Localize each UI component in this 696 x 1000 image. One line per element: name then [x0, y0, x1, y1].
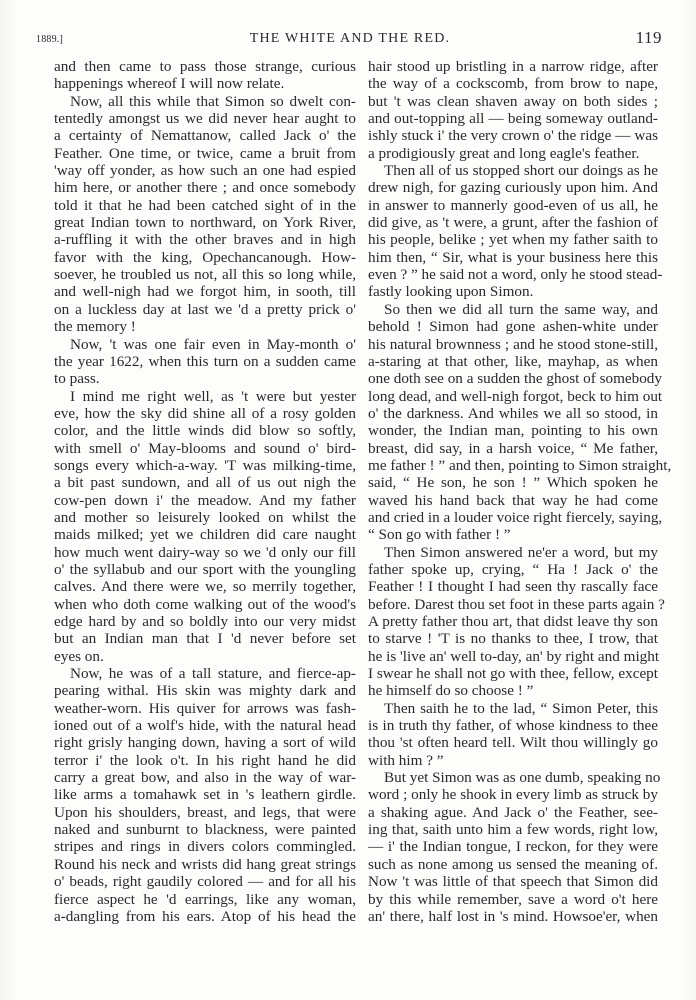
text-line: ing that, saith unto him a few words, ri… [368, 821, 658, 838]
running-head-title: THE WHITE AND THE RED. [30, 31, 670, 47]
text-line: Feather. One time, or twice, came a brui… [54, 145, 356, 162]
text-line: such as none among us sensed the meaning… [368, 856, 658, 873]
text-line: A pretty father thou art, that didst lea… [368, 613, 658, 630]
text-line: soever, he troubled us not, all this so … [54, 266, 356, 283]
text-line: but an Indian man that I 'd never before… [54, 630, 356, 647]
page-number: 119 [636, 28, 662, 48]
text-line: color, and the little winds did blow so … [54, 422, 356, 439]
text-line: did give, as 't were, a grunt, after the… [368, 214, 658, 231]
text-line: Now, he was of a tall stature, and fierc… [54, 665, 356, 682]
text-line: on a luckless day at last we 'd a pretty… [54, 301, 356, 318]
text-line: long dead, and well-nigh forgot, beck to… [368, 388, 658, 405]
text-line: Now 't was little of that speech that Si… [368, 873, 658, 890]
text-line: fastly looking upon Simon. [368, 283, 658, 300]
text-line: terror i' the look o't. In his right han… [54, 752, 356, 769]
text-line: stripes and rings in divers colors commi… [54, 838, 356, 855]
text-line: hair stood up bristling in a narrow ridg… [368, 58, 658, 75]
text-line: great Indian town to northward, on York … [54, 214, 356, 231]
running-head: 1889.] THE WHITE AND THE RED. 119 [30, 28, 670, 50]
text-line: his natural brownness ; and he stood sto… [368, 336, 658, 353]
text-line: word ; only he shook in every limb as st… [368, 786, 658, 803]
text-line: Then all of us stopped short our doings … [368, 162, 658, 179]
text-line: songs every which-a-way. 'T was milking-… [54, 457, 356, 474]
text-line: Feather ! I thought I had seen thy rasca… [368, 578, 658, 595]
text-line: in answer to mannerly good-even of us al… [368, 197, 658, 214]
text-line: how much went dairy-way so we 'd only ou… [54, 544, 356, 561]
text-line: o' beads, right gaudily colored — and fo… [54, 873, 356, 890]
text-line: a shaking ague. And Jack o' the Feather,… [368, 804, 658, 821]
text-line: Now, 't was one fair even in May-month o… [54, 336, 356, 353]
text-line: he is 'live an' well to-day, an' by righ… [368, 648, 658, 665]
text-line: ioned out of a wolf's hide, with the nat… [54, 717, 356, 734]
text-line: but 't was clean shaven away on both sid… [368, 93, 658, 110]
text-line: eve, how the sky did shine all of a rosy… [54, 405, 356, 422]
text-line: an' there, half lost in 's mind. Howsoe'… [368, 908, 658, 925]
text-line: naked and sunburnt to blackness, were pa… [54, 821, 356, 838]
text-line: one doth see on a sudden the ghost of so… [368, 370, 658, 387]
text-line: I swear he shall not go with thee, fello… [368, 665, 658, 682]
text-line: with him ? ” [368, 752, 658, 769]
right-text-column: hair stood up bristling in a narrow ridg… [368, 58, 658, 925]
text-line: o' the syllabub and our sport with the y… [54, 561, 356, 578]
text-line: by this while remember, save a word o't … [368, 891, 658, 908]
text-line: his people, belike ; yet when my father … [368, 231, 658, 248]
text-line: Round his neck and wrists did hang great… [54, 856, 356, 873]
text-line: weather-worn. His quiver for arrows was … [54, 700, 356, 717]
text-line: Then Simon answered ne'er a word, but my [368, 544, 658, 561]
text-line: a-ruffling it with the other braves and … [54, 231, 356, 248]
text-line: the way of a cockscomb, from brow to nap… [368, 75, 658, 92]
text-line: o' the darkness. And whiles we all so st… [368, 405, 658, 422]
text-line: a-staring at that other, like, mayhap, a… [368, 353, 658, 370]
text-line: Now, all this while that Simon so dwelt … [54, 93, 356, 110]
text-line: the memory ! [54, 318, 356, 335]
text-line: the year 1622, when this turn on a sudde… [54, 353, 356, 370]
text-line: Upon his shoulders, breast, and legs, th… [54, 804, 356, 821]
text-line: waved his hand back that way he had come [368, 492, 658, 509]
text-line: cow-pen down i' the meadow. And my fathe… [54, 492, 356, 509]
text-line: pearing withal. His skin was mighty dark… [54, 682, 356, 699]
text-line: him then, “ Sir, what is your business h… [368, 249, 658, 266]
text-line: said, “ He son, he son ! ” Which spoken … [368, 474, 658, 491]
text-line: wonder, the Indian man, pointing to his … [368, 422, 658, 439]
text-line: when who doth come walking out of the wo… [54, 596, 356, 613]
text-line: he himself do so choose ! ” [368, 682, 658, 699]
text-line: to starve ! 'T is no thanks to thee, I t… [368, 630, 658, 647]
text-line: So then we did all turn the same way, an… [368, 301, 658, 318]
text-line: before. Darest thou set foot in these pa… [368, 596, 658, 613]
text-line: and cried in a louder voice right fierce… [368, 509, 658, 526]
text-line: favor with the king, Opechancanough. How… [54, 249, 356, 266]
text-line: and then came to pass those strange, cur… [54, 58, 356, 75]
text-line: and mother so leisurely looked on whilst… [54, 509, 356, 526]
text-line: a prodigiously great and long eagle's fe… [368, 145, 658, 162]
text-line: told it that he had been catched sight o… [54, 197, 356, 214]
text-line: father spoke up, crying, “ Ha ! Jack o' … [368, 561, 658, 578]
text-line: right grisly hanging down, having a sort… [54, 734, 356, 751]
text-line: edge hard by and so boldly into our very… [54, 613, 356, 630]
text-line: a-dangling from his ears. Atop of his he… [54, 908, 356, 925]
text-line: But yet Simon was as one dumb, speaking … [368, 769, 658, 786]
text-line: eyes on. [54, 648, 356, 665]
text-line: with smell o' May-blooms and sound o' bi… [54, 440, 356, 457]
text-line: even ? ” he said not a word, only he sto… [368, 266, 658, 283]
text-line: him here, or another there ; and once so… [54, 179, 356, 196]
text-line: — i' the Indian tongue, I reckon, for th… [368, 838, 658, 855]
text-line: drew nigh, for gazing curiously upon him… [368, 179, 658, 196]
text-line: fierce aspect he 'd earrings, like any w… [54, 891, 356, 908]
text-line: thou 'st often heard tell. Wilt thou wil… [368, 734, 658, 751]
text-line: happenings whereof I will now relate. [54, 75, 356, 92]
text-line: to pass. [54, 370, 356, 387]
text-line: like arms a tomahawk set in 's leathern … [54, 786, 356, 803]
left-text-column: and then came to pass those strange, cur… [54, 58, 356, 925]
text-line: behold ! Simon had gone ashen-white unde… [368, 318, 658, 335]
text-line: is in truth thy father, of whose kindnes… [368, 717, 658, 734]
text-line: ishly stuck i' the very crown o' the rid… [368, 127, 658, 144]
text-line: I mind me right well, as 't were but yes… [54, 388, 356, 405]
text-line: me father ! ” and then, pointing to Simo… [368, 457, 658, 474]
text-line: “ Son go with father ! ” [368, 526, 658, 543]
text-line: a bit past sundown, and all of us out ni… [54, 474, 356, 491]
text-line: 'way off yonder, as how such an one had … [54, 162, 356, 179]
text-line: calves. And there were we, so merrily to… [54, 578, 356, 595]
text-line: maids milked; yet we children did care n… [54, 526, 356, 543]
text-line: carry a great bow, and also in the way o… [54, 769, 356, 786]
text-line: tentedly amongst us we did never hear au… [54, 110, 356, 127]
text-line: breast, did say, in a harsh voice, “ Me … [368, 440, 658, 457]
text-line: Then saith he to the lad, “ Simon Peter,… [368, 700, 658, 717]
text-line: and well-nigh had we forgot him, in soot… [54, 283, 356, 300]
text-line: a certainty of Nemattanow, called Jack o… [54, 127, 356, 144]
text-line: and out-topping all — being someway outl… [368, 110, 658, 127]
